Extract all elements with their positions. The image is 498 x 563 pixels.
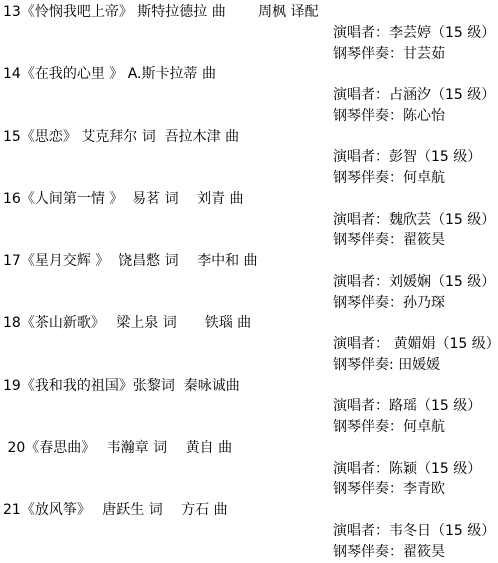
pianist-line: 钢琴伴奏：翟筱昊 <box>3 230 498 251</box>
pianist-line: 钢琴伴奏：李青欧 <box>3 479 498 500</box>
singer-line: 演唱者：魏欣芸（15 级） <box>3 210 498 231</box>
song-title-line: 13《怜悯我吧上帝》 斯特拉德拉 曲 周枫 译配 <box>3 2 498 23</box>
song-title-line: 16《人间第一情 》 易茗 词 刘青 曲 <box>3 189 498 210</box>
pianist-line: 钢琴伴奏：甘芸茹 <box>3 44 498 65</box>
program-item: 15《思恋》 艾克拜尔 词 吾拉木津 曲 演唱者：彭智（15 级） 钢琴伴奏：何… <box>3 127 498 189</box>
pianist-line: 钢琴伴奏：陈心怡 <box>3 106 498 127</box>
program-item: 21《放风筝》 唐跃生 词 方石 曲 演唱者：韦冬日（15 级） 钢琴伴奏：翟筱… <box>3 500 498 562</box>
singer-line: 演唱者：韦冬日（15 级） <box>3 521 498 542</box>
program-item: 13《怜悯我吧上帝》 斯特拉德拉 曲 周枫 译配 演唱者：李芸婷（15 级） 钢… <box>3 2 498 64</box>
program-page: 13《怜悯我吧上帝》 斯特拉德拉 曲 周枫 译配 演唱者：李芸婷（15 级） 钢… <box>0 0 498 562</box>
song-title-line: 14《在我的心里 》 A.斯卡拉蒂 曲 <box>3 64 498 85</box>
singer-line: 演唱者：刘媛娴（15 级） <box>3 272 498 293</box>
program-item: 18《茶山新歌》 梁上泉 词 铁瑙 曲 演唱者： 黄媚娟（15 级） 钢琴伴奏:… <box>3 313 498 375</box>
singer-line: 演唱者：占涵汐（15 级） <box>3 85 498 106</box>
program-item: 14《在我的心里 》 A.斯卡拉蒂 曲 演唱者：占涵汐（15 级） 钢琴伴奏：陈… <box>3 64 498 126</box>
pianist-line: 钢琴伴奏：孙乃琛 <box>3 293 498 314</box>
singer-line: 演唱者： 黄媚娟（15 级） <box>3 334 498 355</box>
pianist-line: 钢琴伴奏：何卓航 <box>3 417 498 438</box>
song-title-line: 20《春思曲》 韦瀚章 词 黄自 曲 <box>3 438 498 459</box>
song-title-line: 18《茶山新歌》 梁上泉 词 铁瑙 曲 <box>3 313 498 334</box>
program-item: 17《星月交辉 》 饶昌慗 词 李中和 曲 演唱者：刘媛娴（15 级） 钢琴伴奏… <box>3 251 498 313</box>
pianist-line: 钢琴伴奏：翟筱昊 <box>3 542 498 563</box>
program-item: 20《春思曲》 韦瀚章 词 黄自 曲 演唱者：陈颖（15 级） 钢琴伴奏：李青欧 <box>3 438 498 500</box>
singer-line: 演唱者：彭智（15 级） <box>3 147 498 168</box>
song-title-line: 21《放风筝》 唐跃生 词 方石 曲 <box>3 500 498 521</box>
song-title-line: 19《我和我的祖国》张黎词 秦咏诚曲 <box>3 376 498 397</box>
pianist-line: 钢琴伴奏：何卓航 <box>3 168 498 189</box>
song-title-line: 17《星月交辉 》 饶昌慗 词 李中和 曲 <box>3 251 498 272</box>
pianist-line: 钢琴伴奏: 田媛媛 <box>3 355 498 376</box>
song-title-line: 15《思恋》 艾克拜尔 词 吾拉木津 曲 <box>3 127 498 148</box>
program-item: 16《人间第一情 》 易茗 词 刘青 曲 演唱者：魏欣芸（15 级） 钢琴伴奏：… <box>3 189 498 251</box>
singer-line: 演唱者：李芸婷（15 级） <box>3 23 498 44</box>
program-item: 19《我和我的祖国》张黎词 秦咏诚曲 演唱者：路瑶（15 级） 钢琴伴奏：何卓航 <box>3 376 498 438</box>
singer-line: 演唱者：陈颖（15 级） <box>3 459 498 480</box>
singer-line: 演唱者：路瑶（15 级） <box>3 396 498 417</box>
